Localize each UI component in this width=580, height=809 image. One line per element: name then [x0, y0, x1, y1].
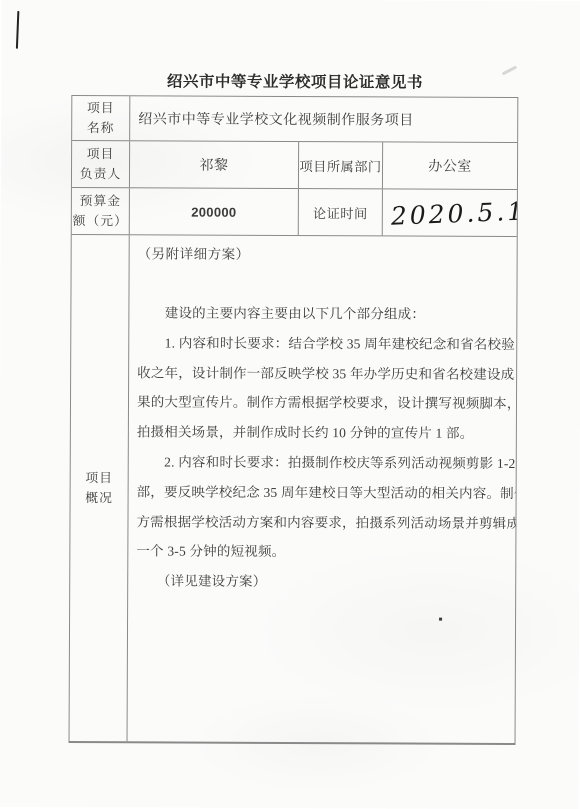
row-project-name: 项目名称 绍兴市中等专业学校文化视频制作服务项目: [72, 96, 517, 142]
handwritten-date: 2020.5.16: [390, 195, 517, 230]
label-line: 预算金: [80, 195, 121, 208]
project-leader-value: 祁黎: [200, 155, 229, 175]
label-line: 项目: [87, 148, 115, 161]
project-review-form-table: 项目名称 绍兴市中等专业学校文化视频制作服务项目 项目负责人 祁黎 项目所属部门…: [69, 95, 519, 745]
department-label-cell: 项目所属部门: [298, 142, 382, 188]
budget-label-cell: 预算金额（元）: [72, 188, 129, 234]
overview-label-cell: 项目概况: [70, 235, 129, 741]
overview-body-line: 部，要反映学校纪念 35 周年建校日等大型活动的相关内容。制作: [137, 477, 508, 508]
department-label: 项目所属部门: [299, 156, 381, 175]
scanned-document-page: 绍兴市中等专业学校项目论证意见书 项目名称 绍兴市中等专业学校文化视频制作服务项…: [0, 0, 580, 808]
project-name-label: 项目名称: [87, 102, 115, 135]
row-project-leader: 项目负责人 祁黎 项目所属部门 办公室: [72, 140, 517, 189]
scan-artifact-line: [16, 11, 19, 49]
overview-label: 项目概况: [85, 472, 113, 505]
row-budget: 预算金额（元） 200000 论证时间 2020.5.16: [72, 187, 517, 236]
overview-body-line: （详见建设方案）: [136, 567, 507, 598]
project-name-label-cell: 项目名称: [72, 96, 129, 140]
overview-body-line: 2. 内容和时长要求：拍摄制作校庆等系列活动视频剪影 1-2: [137, 447, 508, 478]
review-time-label: 论证时间: [313, 203, 368, 222]
label-line: 项目: [87, 102, 115, 115]
project-name-value-cell: 绍兴市中等专业学校文化视频制作服务项目: [129, 96, 517, 142]
budget-value-cell: 200000: [129, 188, 298, 235]
overview-body-line: 果的大型宣传片。制作方需根据学校要求，设计撰写视频脚本，: [137, 388, 508, 419]
overview-body-line: 方需根据学校活动方案和内容要求，拍摄系列活动场景并剪辑成: [136, 507, 507, 538]
overview-body-line: 1. 内容和时长要求：结合学校 35 周年建校纪念和省名校验: [137, 328, 508, 359]
department-value: 办公室: [428, 156, 472, 176]
project-leader-label: 项目负责人: [80, 148, 122, 181]
review-time-value-cell: 2020.5.16: [382, 189, 517, 236]
overview-content-cell: （另附详细方案） 建设的主要内容主要由以下几个部分组成： 1. 内容和时长要求：…: [127, 235, 517, 743]
overview-body: 建设的主要内容主要由以下几个部分组成： 1. 内容和时长要求：结合学校 35 周…: [136, 298, 508, 598]
budget-value: 200000: [191, 204, 236, 219]
label-line: 项目: [85, 472, 113, 485]
row-overview: 项目概况 （另附详细方案） 建设的主要内容主要由以下几个部分组成： 1. 内容和…: [70, 234, 517, 743]
attachment-note: （另附详细方案）: [138, 242, 509, 264]
label-line: 概况: [85, 492, 113, 505]
label-line: 额（元）: [73, 215, 128, 228]
budget-label: 预算金额（元）: [73, 195, 128, 228]
overview-body-line: 一个 3-5 分钟的短视频。: [136, 537, 507, 568]
project-leader-label-cell: 项目负责人: [72, 141, 129, 187]
overview-body-line: 拍摄相关场景，并制作成时长约 10 分钟的宣传片 1 部。: [137, 418, 508, 449]
label-line: 负责人: [80, 168, 121, 181]
document-title: 绍兴市中等专业学校项目论证意见书: [71, 69, 518, 93]
project-name-value: 绍兴市中等专业学校文化视频制作服务项目: [138, 108, 414, 129]
project-leader-value-cell: 祁黎: [129, 141, 298, 188]
review-time-label-cell: 论证时间: [298, 189, 382, 235]
overview-body-line: 建设的主要内容主要由以下几个部分组成：: [137, 298, 508, 329]
department-value-cell: 办公室: [382, 142, 517, 189]
overview-body-line: 收之年，设计制作一部反映学校 35 年办学历史和省名校建设成: [137, 358, 508, 389]
label-line: 名称: [87, 122, 115, 135]
